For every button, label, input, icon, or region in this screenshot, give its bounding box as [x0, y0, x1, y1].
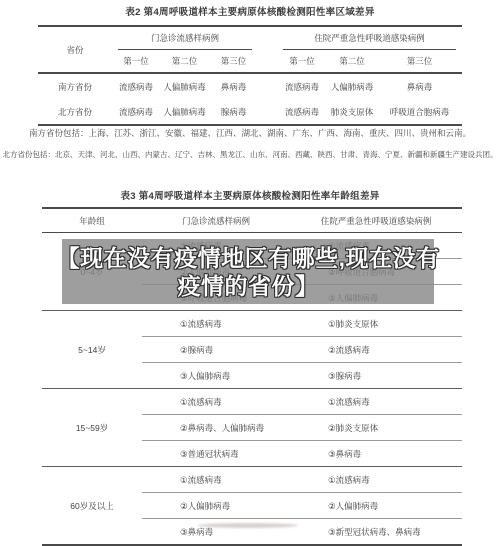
table2-group2-label: 住院严重急性呼吸道感染病例 [283, 27, 456, 50]
note-north-provinces: 北方省份包括：北京、天津、河北、山西、内蒙古、辽宁、吉林、黑龙江、山东、河南、西… [0, 149, 500, 160]
table-cell: ①流感病毒 [290, 389, 462, 415]
table-cell: ③普通冠状病毒 [142, 441, 290, 467]
table2-header-province: 省份 [38, 26, 112, 73]
table2-rank2-outpatient: 第二位 [160, 50, 209, 73]
table-cell: ①流感病毒 [142, 389, 290, 415]
table2-title: 表2 第4周呼吸道样本主要病原体核酸检测阳性率区域差异 [0, 4, 500, 18]
table-cell: 流感病毒 [112, 99, 160, 125]
table-cell: ①流感病毒 [142, 311, 290, 337]
table-cell: ③人偏肺病毒 [142, 363, 290, 389]
table3-header-age: 年龄组 [42, 208, 142, 233]
table2-rank1-inpatient: 第一位 [277, 50, 327, 73]
document-page: 表2 第4周呼吸道样本主要病原体核酸检测阳性率区域差异 省份 门急诊流感样病例 … [0, 0, 500, 546]
table2-header-outpatient-group: 门急诊流感样病例 [112, 26, 258, 50]
table-cell: ②腺病毒 [142, 337, 290, 363]
table2-rank1-outpatient: 第一位 [112, 50, 160, 73]
table3-title: 表3 第4周呼吸道样本主要病原体核酸检测阳性率年龄组差异 [0, 188, 500, 202]
table2-north-province: 北方省份 [38, 99, 112, 125]
table-cell: ②人偏肺病毒 [142, 493, 290, 519]
table2-south-province: 南方省份 [38, 73, 112, 99]
table-row: 南方省份 流感病毒 人偏肺病毒 鼻病毒 流感病毒 人偏肺病毒 鼻病毒 [38, 73, 462, 99]
table2-region-differences: 省份 门急诊流感样病例 住院严重急性呼吸道感染病例 第一位 第二位 第三位 第一… [38, 25, 462, 126]
table-cell: ①肺炎支原体 [290, 311, 462, 337]
table-cell: ③腺病毒 [290, 363, 462, 389]
watermark-overlay: 【现在没有疫情地区有哪些,现在没有 疫情的省份】 [62, 239, 434, 304]
table3-header-inpatient: 住院严重急性呼吸道感染病例 [290, 208, 462, 233]
ink-smudge-artifact [198, 523, 298, 528]
table-cell: ②肺炎支原体 [290, 415, 462, 441]
table-cell: 流感病毒 [277, 99, 327, 125]
watermark-text-line1: 【现在没有疫情地区有哪些,现在没有 [57, 244, 440, 272]
spacer-cell [258, 99, 277, 125]
note-south-provinces: 南方省份包括：上海、江苏、浙江、安徽、福建、江西、湖北、湖南、广东、广西、海南、… [0, 127, 500, 139]
table3-age-5-14: 5~14岁 [42, 311, 142, 389]
table2-header-inpatient-group: 住院严重急性呼吸道感染病例 [277, 26, 462, 50]
table-cell: ①流感病毒 [142, 467, 290, 493]
table-cell: 流感病毒 [112, 73, 160, 99]
watermark-text-line2: 疫情的省份】 [178, 272, 319, 300]
table-cell: ②鼻病毒、人偏肺病毒 [142, 415, 290, 441]
table2-group-spacer [258, 26, 277, 73]
table-cell: ③新型冠状病毒、鼻病毒 [290, 519, 462, 546]
table-cell: 肺炎支原体 [327, 99, 377, 125]
table-row: 15~59岁 ①流感病毒 ①流感病毒 [42, 389, 462, 415]
table-cell: 呼吸道合胞病毒 [377, 99, 462, 125]
table-row: 北方省份 流感病毒 人偏肺病毒 腺病毒 流感病毒 肺炎支原体 呼吸道合胞病毒 [38, 99, 462, 125]
table-row: 5~14岁 ①流感病毒 ①肺炎支原体 [42, 311, 462, 337]
table-cell: 鼻病毒 [377, 73, 462, 99]
table-cell: 人偏肺病毒 [327, 73, 377, 99]
table3-age-15-59: 15~59岁 [42, 389, 142, 467]
table3-age-60plus: 60岁及以上 [42, 467, 142, 546]
table2-rank3-outpatient: 第三位 [209, 50, 258, 73]
table-cell: 鼻病毒 [209, 73, 258, 99]
table-cell: ②流感病毒 [290, 337, 462, 363]
table2-group1-label: 门急诊流感样病例 [118, 27, 252, 50]
table3-header-outpatient: 门急诊流感样病例 [142, 208, 290, 233]
table-cell: ②人偏肺病毒 [290, 493, 462, 519]
table-cell: ①流感病毒 [290, 467, 462, 493]
table-cell: 腺病毒 [209, 99, 258, 125]
table2-rank2-inpatient: 第二位 [327, 50, 377, 73]
table-cell: 人偏肺病毒 [160, 73, 209, 99]
table-row: 60岁及以上 ①流感病毒 ①流感病毒 [42, 467, 462, 493]
spacer-cell [258, 73, 277, 99]
table-cell: ③鼻病毒 [290, 441, 462, 467]
table-cell: 人偏肺病毒 [160, 99, 209, 125]
table-cell: 流感病毒 [277, 73, 327, 99]
table2-rank3-inpatient: 第三位 [377, 50, 462, 73]
